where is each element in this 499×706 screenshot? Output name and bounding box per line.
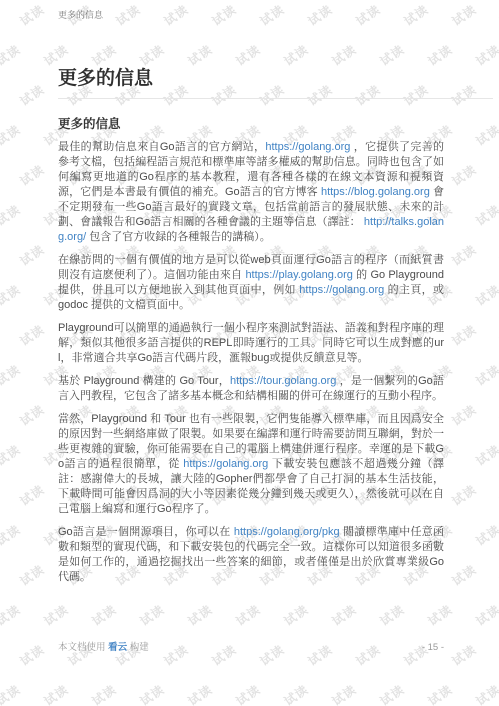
watermark-text: 试读 xyxy=(280,681,311,706)
inline-link[interactable]: https://blog.golang.org xyxy=(321,186,430,198)
watermark-text: 试读 xyxy=(0,441,24,470)
running-header: 更多的信息 xyxy=(58,0,493,21)
watermark-text: 试读 xyxy=(16,81,47,110)
watermark-text: 试读 xyxy=(424,681,455,706)
watermark-text: 试读 xyxy=(184,601,215,630)
watermark-text: 试读 xyxy=(88,601,119,630)
watermark-text: 试读 xyxy=(16,1,47,30)
watermark-text: 试读 xyxy=(376,681,407,706)
paragraph-text: 包含了官方收録的各種報告的講稿）。 xyxy=(86,231,271,243)
watermark-text: 试读 xyxy=(472,601,499,630)
watermark-text: 试读 xyxy=(184,681,215,706)
watermark-text: 试读 xyxy=(16,561,47,590)
watermark-text: 试读 xyxy=(328,681,359,706)
watermark-text: 试读 xyxy=(448,641,479,670)
watermark-text: 试读 xyxy=(0,201,24,230)
watermark-text: 试读 xyxy=(0,601,24,630)
watermark-text: 试读 xyxy=(328,601,359,630)
watermark-text: 试读 xyxy=(136,601,167,630)
footer-builder-note: 本文档使用 看云 构建 xyxy=(58,639,149,653)
footer-text-suffix: 构建 xyxy=(127,642,149,653)
page-content: 更多的信息 更多的信息 更多的信息 最佳的幫助信息來自Go語言的官方網站，htt… xyxy=(58,0,493,593)
watermark-text: 试读 xyxy=(16,241,47,270)
watermark-text: 试读 xyxy=(0,121,24,150)
watermark-text: 试读 xyxy=(136,681,167,706)
watermark-text: 试读 xyxy=(40,681,71,706)
footer-text-prefix: 本文档使用 xyxy=(58,642,108,653)
inline-link[interactable]: https://play.golang.org xyxy=(245,269,352,281)
watermark-text: 试读 xyxy=(16,481,47,510)
paragraph-text: 基於 Playground 構建的 Go Tour， xyxy=(58,375,230,387)
paragraph: Playground可以簡單的通過執行一個小程序來測試對語法、語義和對程序庫的理… xyxy=(58,321,444,366)
watermark-text: 试读 xyxy=(376,601,407,630)
inline-link[interactable]: https://golang.org xyxy=(183,458,268,470)
document-page: { "page": { "running_header": "更多的信息", "… xyxy=(0,0,499,706)
watermark-text: 试读 xyxy=(0,361,24,390)
watermark-text: 试读 xyxy=(40,601,71,630)
paragraph: 基於 Playground 構建的 Go Tour，https://tour.g… xyxy=(58,374,444,404)
watermark-text: 试读 xyxy=(16,161,47,190)
watermark-text: 试读 xyxy=(472,681,499,706)
watermark-text: 试读 xyxy=(232,681,263,706)
watermark-text: 试读 xyxy=(0,281,24,310)
watermark-text: 试读 xyxy=(424,601,455,630)
paragraph: 當然，Playground 和 Tour 也有一些限製，它們隻能導入標準庫，而且… xyxy=(58,412,444,517)
watermark-text: 试读 xyxy=(16,321,47,350)
watermark-text: 试读 xyxy=(0,681,24,706)
page-footer: 本文档使用 看云 构建 - 15 - xyxy=(58,639,444,653)
inline-link[interactable]: https://tour.golang.org xyxy=(230,375,336,387)
paragraph-text: 最佳的幫助信息來自Go語言的官方網站， xyxy=(58,141,265,153)
watermark-text: 试读 xyxy=(16,401,47,430)
section-heading: 更多的信息 xyxy=(58,114,493,132)
page-number: - 15 - xyxy=(422,642,444,653)
paragraph: 最佳的幫助信息來自Go語言的官方網站，https://golang.org ，它… xyxy=(58,140,444,245)
watermark-text: 试读 xyxy=(16,641,47,670)
watermark-text: 试读 xyxy=(0,521,24,550)
watermark-text: 试读 xyxy=(0,41,24,70)
inline-link[interactable]: https://golang.org xyxy=(265,141,350,153)
paragraph: Go語言是一個開源項目，你可以在 https://golang.org/pkg … xyxy=(58,525,444,585)
watermark-text: 试读 xyxy=(280,601,311,630)
inline-link[interactable]: https://golang.org/pkg xyxy=(234,526,340,538)
paragraph-list: 最佳的幫助信息來自Go語言的官方網站，https://golang.org ，它… xyxy=(58,140,444,585)
watermark-text: 试读 xyxy=(88,681,119,706)
page-title: 更多的信息 xyxy=(58,63,493,99)
paragraph-text: Playground可以簡單的通過執行一個小程序來測試對語法、語義和對程序庫的理… xyxy=(58,322,444,364)
kanyun-link[interactable]: 看云 xyxy=(108,642,127,653)
inline-link[interactable]: https://golang.org xyxy=(299,284,384,296)
watermark-text: 试读 xyxy=(232,601,263,630)
paragraph: 在線訪問的一個有價值的地方是可以從web頁面運行Go語言的程序（而紙質書則沒有這… xyxy=(58,253,444,313)
paragraph-text: Go語言是一個開源項目，你可以在 xyxy=(58,526,234,538)
